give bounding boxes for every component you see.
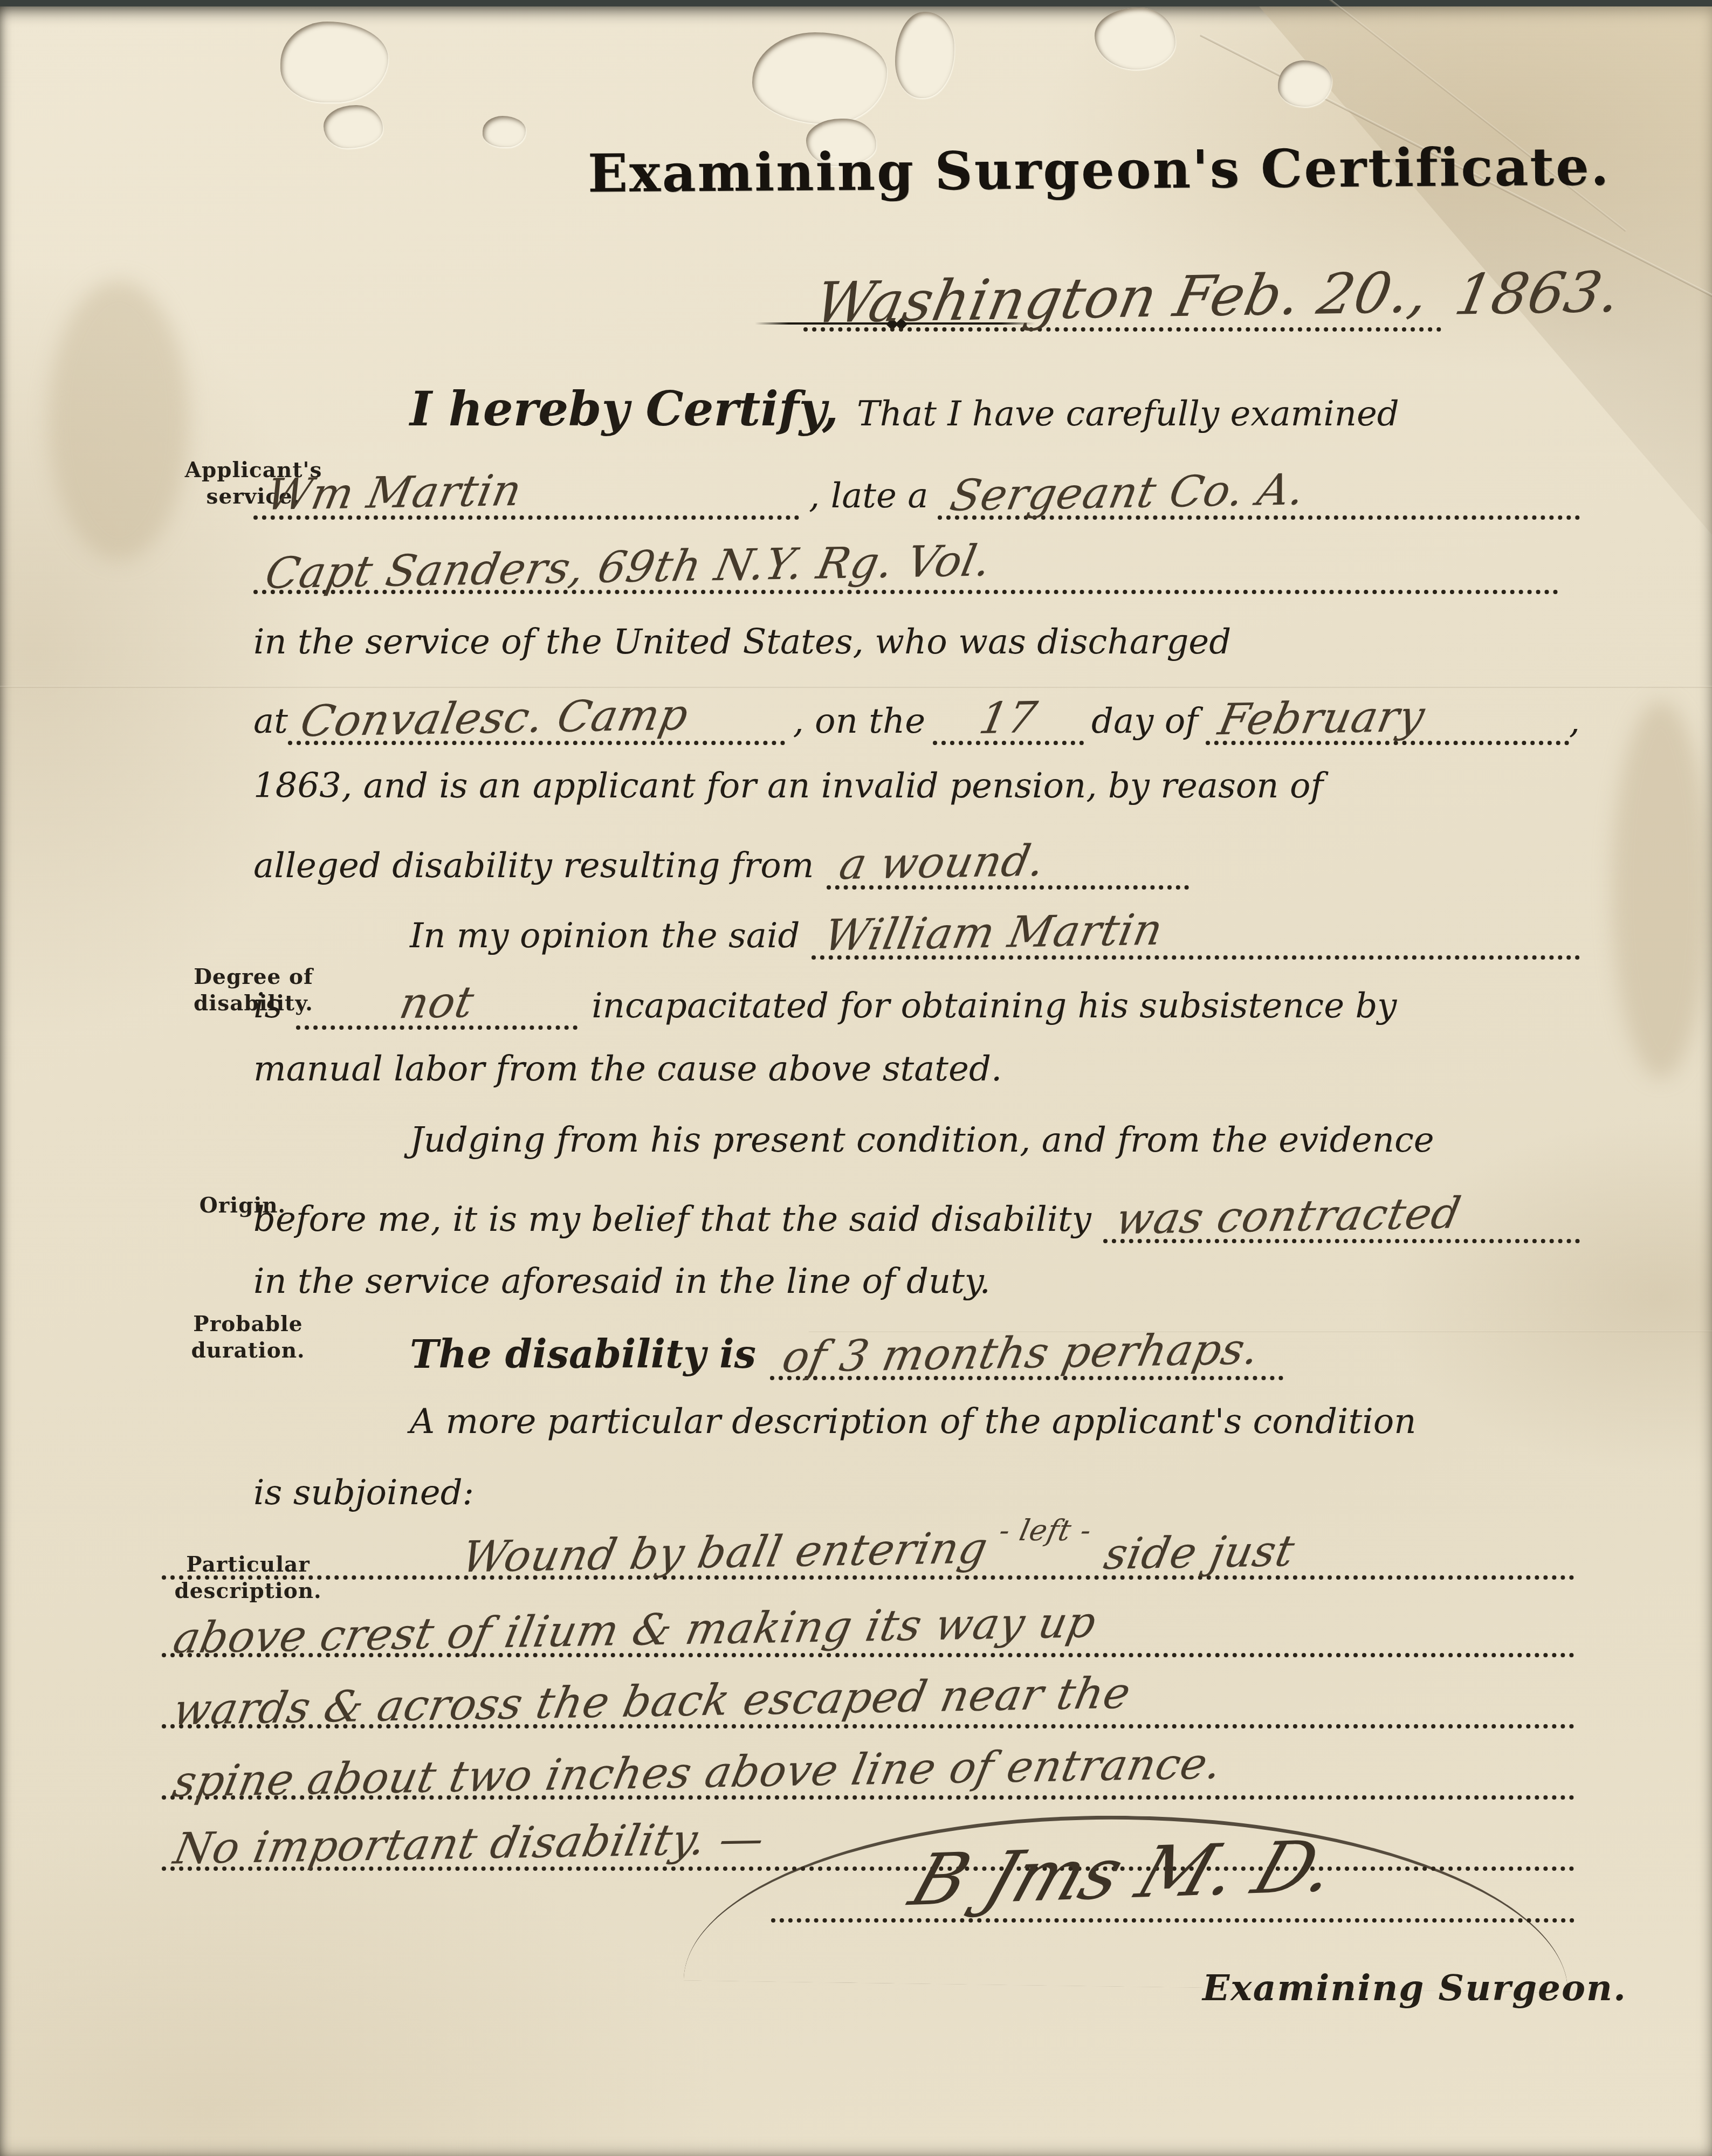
label-line: Probable [151,1311,345,1338]
disability-is-text: The disability is [410,1334,756,1375]
service-line: in the service of the United States, who… [253,624,1231,660]
pension-line: 1863, and is an applicant for an invalid… [253,768,1323,804]
margin-label-probable-duration: Probable duration. [151,1311,345,1364]
pension-text: 1863, and is an applicant for an invalid… [253,768,1323,804]
insert-left-annotation: - left - [1000,1513,1091,1547]
discharge-place-entry: Convalesc. Camp [288,695,786,745]
opinion-lead-text: In my opinion the said [410,918,800,954]
rank-entry: Sergeant Co. A. [938,470,1580,520]
duration-entry: of 3 months perhaps. [770,1331,1283,1380]
description-line-2: above crest of ilium & making its way up [162,1608,1575,1657]
company-entry: Capt Sanders, 69th N.Y. Rg. Vol. [253,545,1558,594]
line-of-duty-line: in the service aforesaid in the line of … [253,1264,991,1300]
signature-rule [771,1886,1575,1923]
applicant-name-entry: Wm Martin [253,470,799,520]
scanned-certificate-page: { "colors": { "backdrop": "#3a403d", "pa… [0,0,1712,2156]
dateline-year: 1863. [1456,264,1620,323]
description-line-4: spine about two inches above line of ent… [162,1750,1575,1800]
late-a-text: , late a [809,478,928,514]
not-entry: not [296,980,577,1030]
label-line: duration. [151,1338,345,1364]
day-of-text: day of [1091,704,1198,740]
certify-rest: That I have carefully examined [857,396,1399,432]
line-of-duty-text: in the service aforesaid in the line of … [253,1264,991,1300]
day-entry: 17 [933,695,1084,745]
duration-line: The disability is of 3 months perhaps. [410,1331,1283,1380]
opinion-line: In my opinion the said William Martin [410,910,1580,960]
incapacitated-text: incapacitated for obtaining his subsiste… [592,988,1397,1024]
discharge-line: at Convalesc. Camp , on the 17 day of Fe… [253,695,1580,745]
description-entry-2: above crest of ilium & making its way up [162,1608,1575,1657]
more-particular-text: A more particular description of the app… [410,1404,1416,1440]
month-entry: February [1206,695,1569,745]
origin-line: before me, it is my belief that the said… [253,1194,1580,1243]
on-the-text: , on the [793,704,925,740]
certify-lead: I hereby Certify, [410,384,838,433]
opinion-name-entry: William Martin [812,910,1580,960]
applicant-line: Wm Martin , late a Sergeant Co. A. [253,470,1580,520]
description-entry-4: spine about two inches above line of ent… [162,1750,1575,1800]
certificate-title: Examining Surgeon's Certificate. [588,135,1611,204]
more-particular-line: A more particular description of the app… [410,1404,1416,1440]
examining-surgeon-caption: Examining Surgeon. [1202,1967,1627,2009]
label-line: description. [151,1578,345,1604]
certify-line: I hereby Certify, That I have carefully … [410,384,1399,433]
company-line: Capt Sanders, 69th N.Y. Rg. Vol. [253,545,1558,594]
contracted-entry: was contracted [1103,1194,1580,1243]
cause-entry: a wound. [827,840,1189,890]
judging-text: Judging from his present condition, and … [410,1122,1434,1159]
alleged-text: alleged disability resulting from [253,848,814,884]
description-line-5: No important disability. — [162,1821,1575,1871]
dateline-place-date: Washington Feb. 20., [803,268,1441,332]
subjoined-line: is subjoined: [253,1475,474,1511]
manual-labor-line: manual labor from the cause above stated… [253,1051,1002,1087]
description-line-3: wards & across the back escaped near the [162,1679,1575,1728]
description-entry-5: No important disability. — [162,1821,1575,1871]
dateline: Washington Feb. 20., 1863. [803,268,1619,332]
judging-line: Judging from his present condition, and … [410,1122,1434,1159]
degree-line: is not incapacitated for obtaining his s… [253,980,1397,1030]
description-entry-1: Wound by ball entering - left - side jus… [162,1530,1575,1580]
alleged-line: alleged disability resulting from a woun… [253,840,1189,890]
description-line-1: Wound by ball entering - left - side jus… [162,1530,1575,1580]
description-entry-3: wards & across the back escaped near the [162,1679,1575,1728]
subjoined-text: is subjoined: [253,1475,474,1511]
is-text: is [253,988,282,1024]
before-me-text: before me, it is my belief that the said… [253,1202,1091,1238]
comma-text: , [1569,704,1580,740]
at-text: at [253,704,288,740]
service-text: in the service of the United States, who… [253,624,1231,660]
manual-labor-text: manual labor from the cause above stated… [253,1051,1002,1087]
